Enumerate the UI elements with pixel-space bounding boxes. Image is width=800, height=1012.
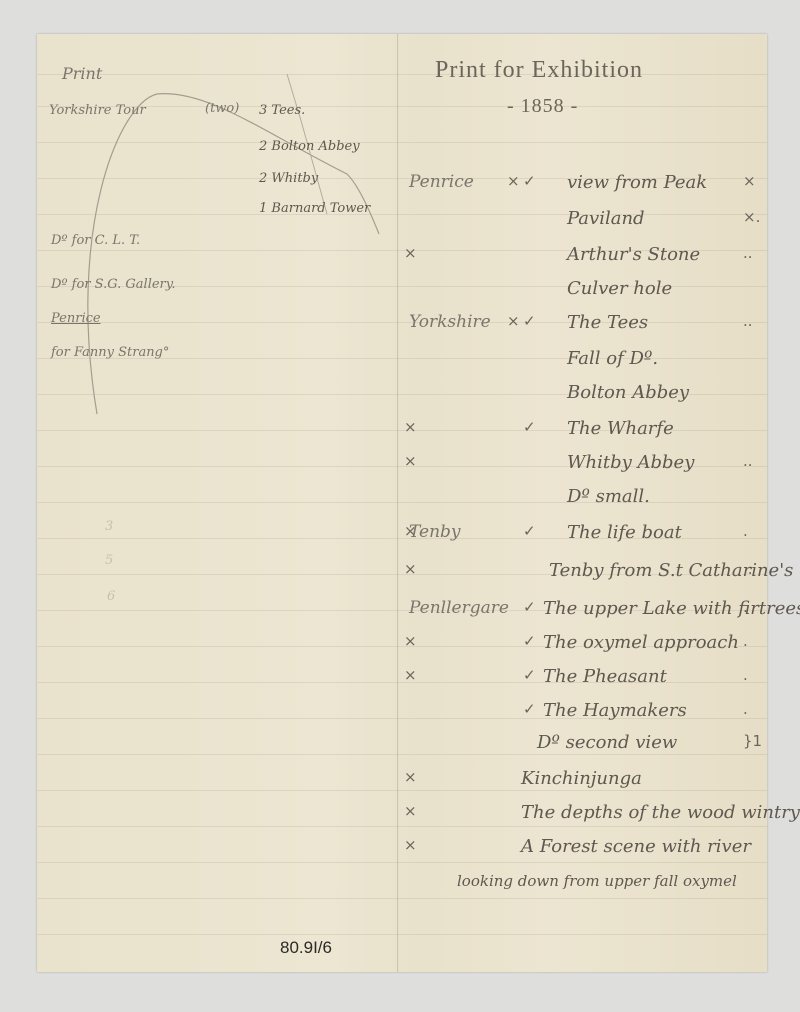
group-cross-mark: × [507,314,520,329]
check-mark: ✓ [523,420,536,435]
right-mark: ×. [743,210,760,225]
right-mark: . [743,634,748,649]
check-mark: ✓ [523,524,536,539]
print-title: Culver hole [567,280,672,298]
tour-item: 3 Tees. [259,104,305,117]
page-title: Print for Exhibition [435,58,643,82]
print-title: looking down from upper fall oxymel [457,874,737,889]
right-mark: . [743,668,748,683]
left-note: Penrice [51,312,101,325]
right-mark: .. [743,246,753,261]
manuscript-sheet: Print Yorkshire Tour (two) 3 Tees. 2 Bol… [37,34,767,972]
print-title: Tenby from S.t Catharine's [549,562,793,580]
tour-label: Yorkshire Tour [49,104,146,117]
left-note: Dº for C. L. T. [51,234,140,247]
print-title: Dº small. [567,488,650,506]
print-title: Paviland [567,210,645,228]
location-group: Penrice [409,174,474,191]
print-title: Arthur's Stone [567,246,700,264]
faint-number: 3 [105,520,113,533]
page-fold [397,34,399,972]
tour-item: 2 Whitby [259,172,318,185]
print-title: view from Peak [567,174,707,192]
margin-cross-mark: × [404,454,417,469]
left-note: for Fanny Strang° [51,346,169,359]
margin-cross-mark: × [404,420,417,435]
right-mark: . [743,600,748,615]
tour-item: 2 Bolton Abbey [259,140,360,153]
margin-cross-mark: × [404,668,417,683]
left-note: Dº for S.G. Gallery. [51,278,176,291]
margin-cross-mark: × [404,838,417,853]
margin-cross-mark: × [404,246,417,261]
right-mark: .. [743,454,753,469]
print-title: Fall of Dº. [567,350,658,368]
print-title: The depths of the wood wintry [521,804,800,822]
left-heading: Print [62,66,102,82]
print-title: Dº second view [537,734,677,752]
print-title: Kinchinjunga [521,770,642,788]
print-title: The life boat [567,524,682,542]
margin-cross-mark: × [404,804,417,819]
margin-cross-mark: × [404,634,417,649]
right-mark: . [743,524,748,539]
margin-cross-mark: × [404,770,417,785]
print-title: The oxymel approach [543,634,739,652]
right-mark: .. [743,314,753,329]
tour-bracket: (two) [205,102,239,115]
location-group: Yorkshire [409,314,491,331]
print-title: Bolton Abbey [567,384,689,402]
location-group: Tenby [409,524,461,541]
print-title: The Wharfe [567,420,674,438]
print-title: The Pheasant [543,668,667,686]
check-mark: ✓ [523,702,536,717]
group-cross-mark: × [507,174,520,189]
tour-item: 1 Barnard Tower [259,202,370,215]
location-group: Penllergare [409,600,509,617]
check-mark: ✓ [523,600,536,615]
faint-number: 5 [105,554,113,567]
pencil-curve-line [37,34,397,972]
print-title: Whitby Abbey [567,454,694,472]
reference-number: 80.9I/6 [280,939,332,956]
right-mark: . [743,702,748,717]
print-title: A Forest scene with river [521,838,751,856]
right-mark: × [743,174,756,189]
check-mark: ✓ [523,634,536,649]
print-title: The Haymakers [543,702,687,720]
print-title: The Tees [567,314,648,332]
right-mark: .. [743,562,753,577]
check-mark: ✓ [523,668,536,683]
faint-number: 6 [107,590,115,603]
check-mark: ✓ [523,314,536,329]
print-title: The upper Lake with firtrees [543,600,800,618]
margin-cross-mark: × [404,562,417,577]
check-mark: ✓ [523,174,536,189]
page-year: - 1858 - [507,96,578,116]
right-mark: }1 [743,734,762,749]
